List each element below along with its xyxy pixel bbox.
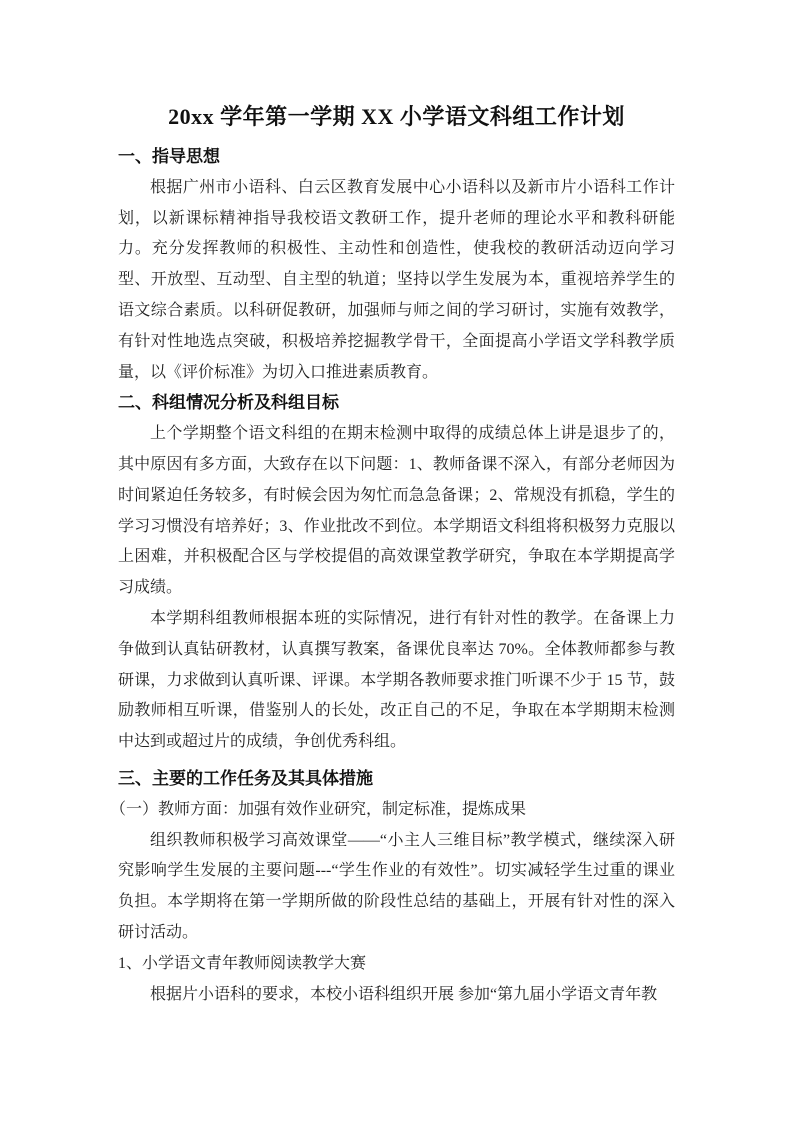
document-page: 20xx 学年第一学期 XX 小学语文科组工作计划 一、指导思想 根据广州市小语…: [0, 0, 793, 1122]
section-2-paragraph-2: 本学期科组教师根据本班的实际情况，进行有针对性的教学。在备课上力争做到认真钻研教…: [118, 604, 675, 758]
section-3-subheading: （一）教师方面：加强有效作业研究，制定标准，提炼成果: [110, 795, 675, 826]
section-2-paragraph-1: 上个学期整个语文科组的在期末检测中取得的成绩总体上讲是退步了的，其中原因有多方面…: [118, 419, 675, 604]
section-3-list-item-1: 1、小学语文青年教师阅读教学大赛: [118, 949, 675, 980]
section-3-heading: 三、主要的工作任务及其具体措施: [118, 764, 675, 795]
section-1-heading: 一、指导思想: [118, 142, 675, 173]
section-3-paragraph-1: 组织教师积极学习高效课堂——“小主人三维目标”教学模式，继续深入研究影响学生发展…: [118, 826, 675, 949]
section-2-heading: 二、科组情况分析及科组目标: [118, 388, 675, 419]
section-1-paragraph-1: 根据广州市小语科、白云区教育发展中心小语科以及新市片小语科工作计划，以新课标精神…: [118, 173, 675, 389]
document-title: 20xx 学年第一学期 XX 小学语文科组工作计划: [118, 100, 675, 134]
section-3-trailing-paragraph: 根据片小语科的要求，本校小语科组织开展 参加“第九届小学语文青年教: [118, 980, 675, 1011]
